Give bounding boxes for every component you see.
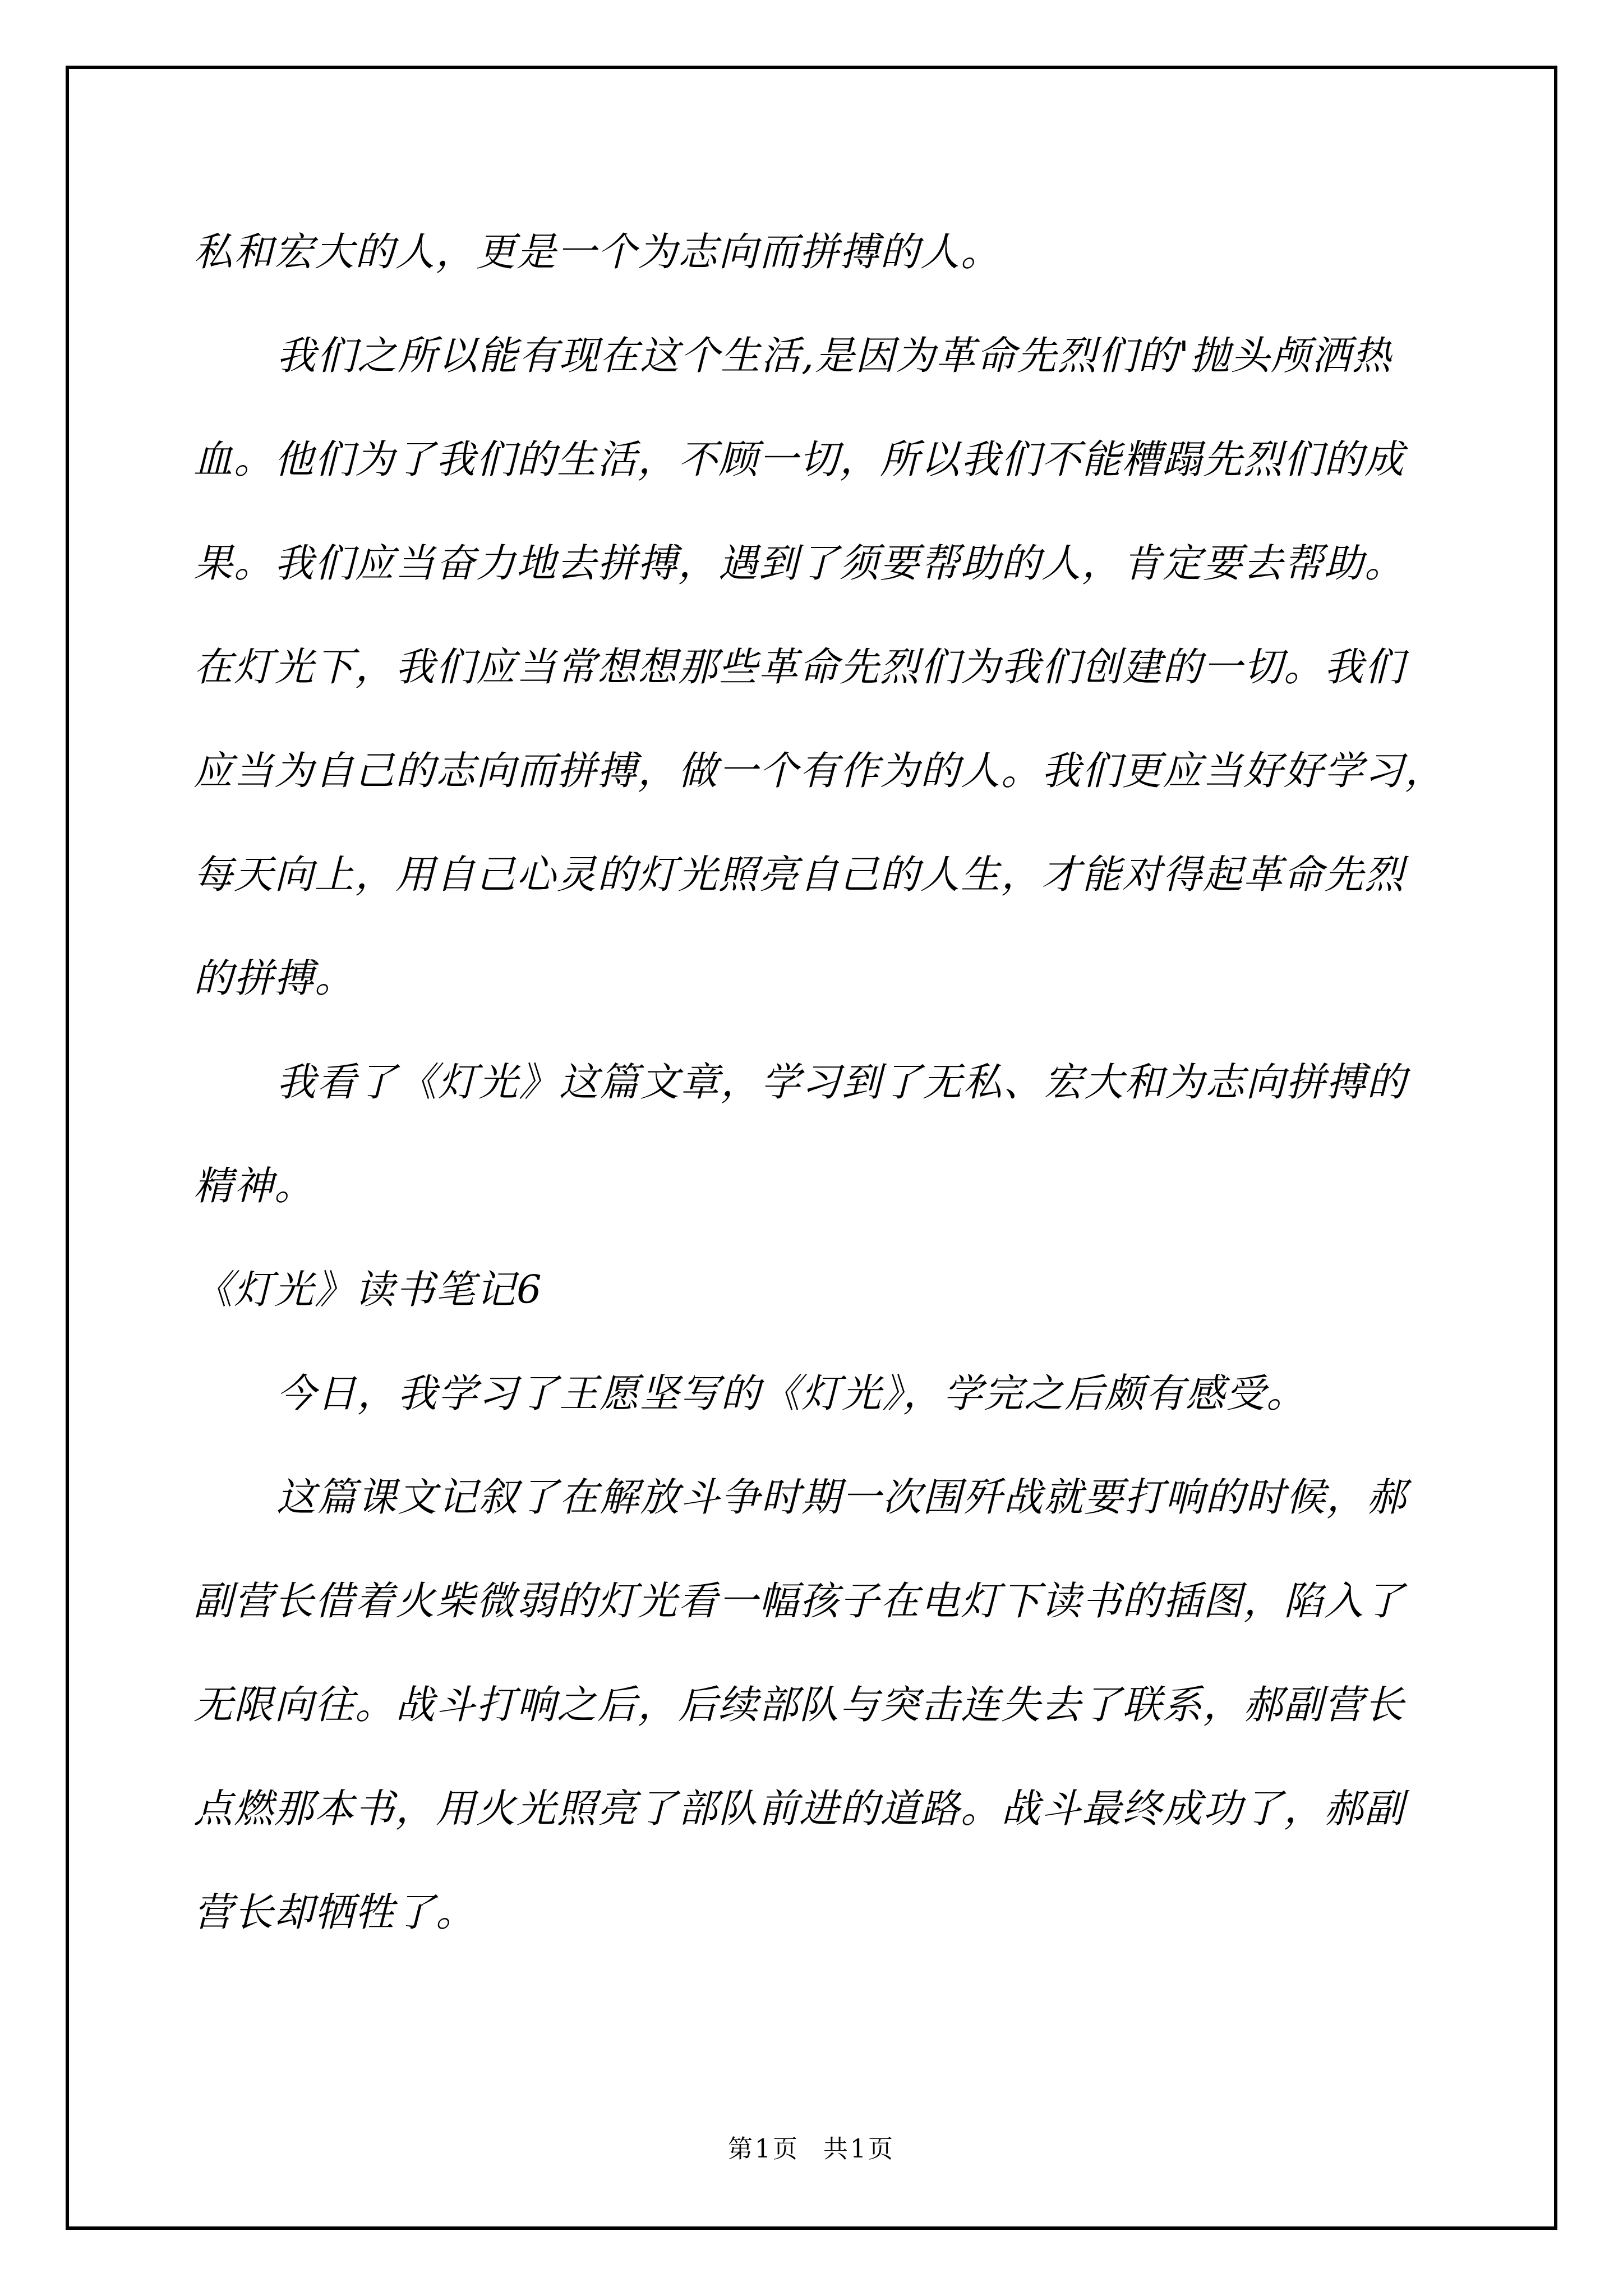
text-line: 每天向上，用自己心灵的灯光照亮自己的人生，才能对得起革命先烈 — [193, 823, 1433, 927]
text-line: 在灯光下，我们应当常想想那些革命先烈们为我们创建的一切。我们 — [193, 615, 1433, 719]
text-line: 精神。 — [193, 1134, 1433, 1238]
text-line: 无限向往。战斗打响之后，后续部队与突击连失去了联系，郝副营长 — [193, 1653, 1433, 1757]
page-footer: 第1页共1页 — [0, 2129, 1623, 2165]
text-line: 血。他们为了我们的生活，不顾一切，所以我们不能糟蹋先烈们的成 — [193, 408, 1433, 512]
text-line: 《灯光》读书笔记6 — [193, 1238, 1433, 1342]
text-line: 点燃那本书，用火光照亮了部队前进的道路。战斗最终成功了，郝副 — [193, 1757, 1433, 1861]
text-line: 今日，我学习了王愿坚写的《灯光》，学完之后颇有感受。 — [193, 1342, 1433, 1446]
text-line: 私和宏大的人，更是一个为志向而拼搏的人。 — [193, 200, 1433, 304]
page-number: 第1页 — [728, 2135, 800, 2164]
text-line: 这篇课文记叙了在解放斗争时期一次围歼战就要打响的时候，郝 — [193, 1446, 1433, 1549]
text-line: 我看了《灯光》这篇文章，学习到了无私、宏大和为志向拼搏的 — [193, 1030, 1433, 1134]
text-line: 我们之所以能有现在这个生活,是因为革命先烈们的'抛头颅洒热 — [193, 304, 1433, 408]
text-line: 副营长借着火柴微弱的灯光看一幅孩子在电灯下读书的插图，陷入了 — [193, 1549, 1433, 1653]
page-total: 共1页 — [823, 2135, 895, 2164]
document-body: 私和宏大的人，更是一个为志向而拼搏的人。我们之所以能有现在这个生活,是因为革命先… — [193, 200, 1433, 1964]
text-line: 应当为自己的志向而拼搏，做一个有作为的人。我们更应当好好学习， — [193, 719, 1433, 823]
text-line: 果。我们应当奋力地去拼搏，遇到了须要帮助的人，肯定要去帮助。 — [193, 512, 1433, 615]
text-line: 的拼搏。 — [193, 927, 1433, 1030]
document-page: 私和宏大的人，更是一个为志向而拼搏的人。我们之所以能有现在这个生活,是因为革命先… — [0, 0, 1623, 2296]
text-line: 营长却牺牲了。 — [193, 1861, 1433, 1964]
